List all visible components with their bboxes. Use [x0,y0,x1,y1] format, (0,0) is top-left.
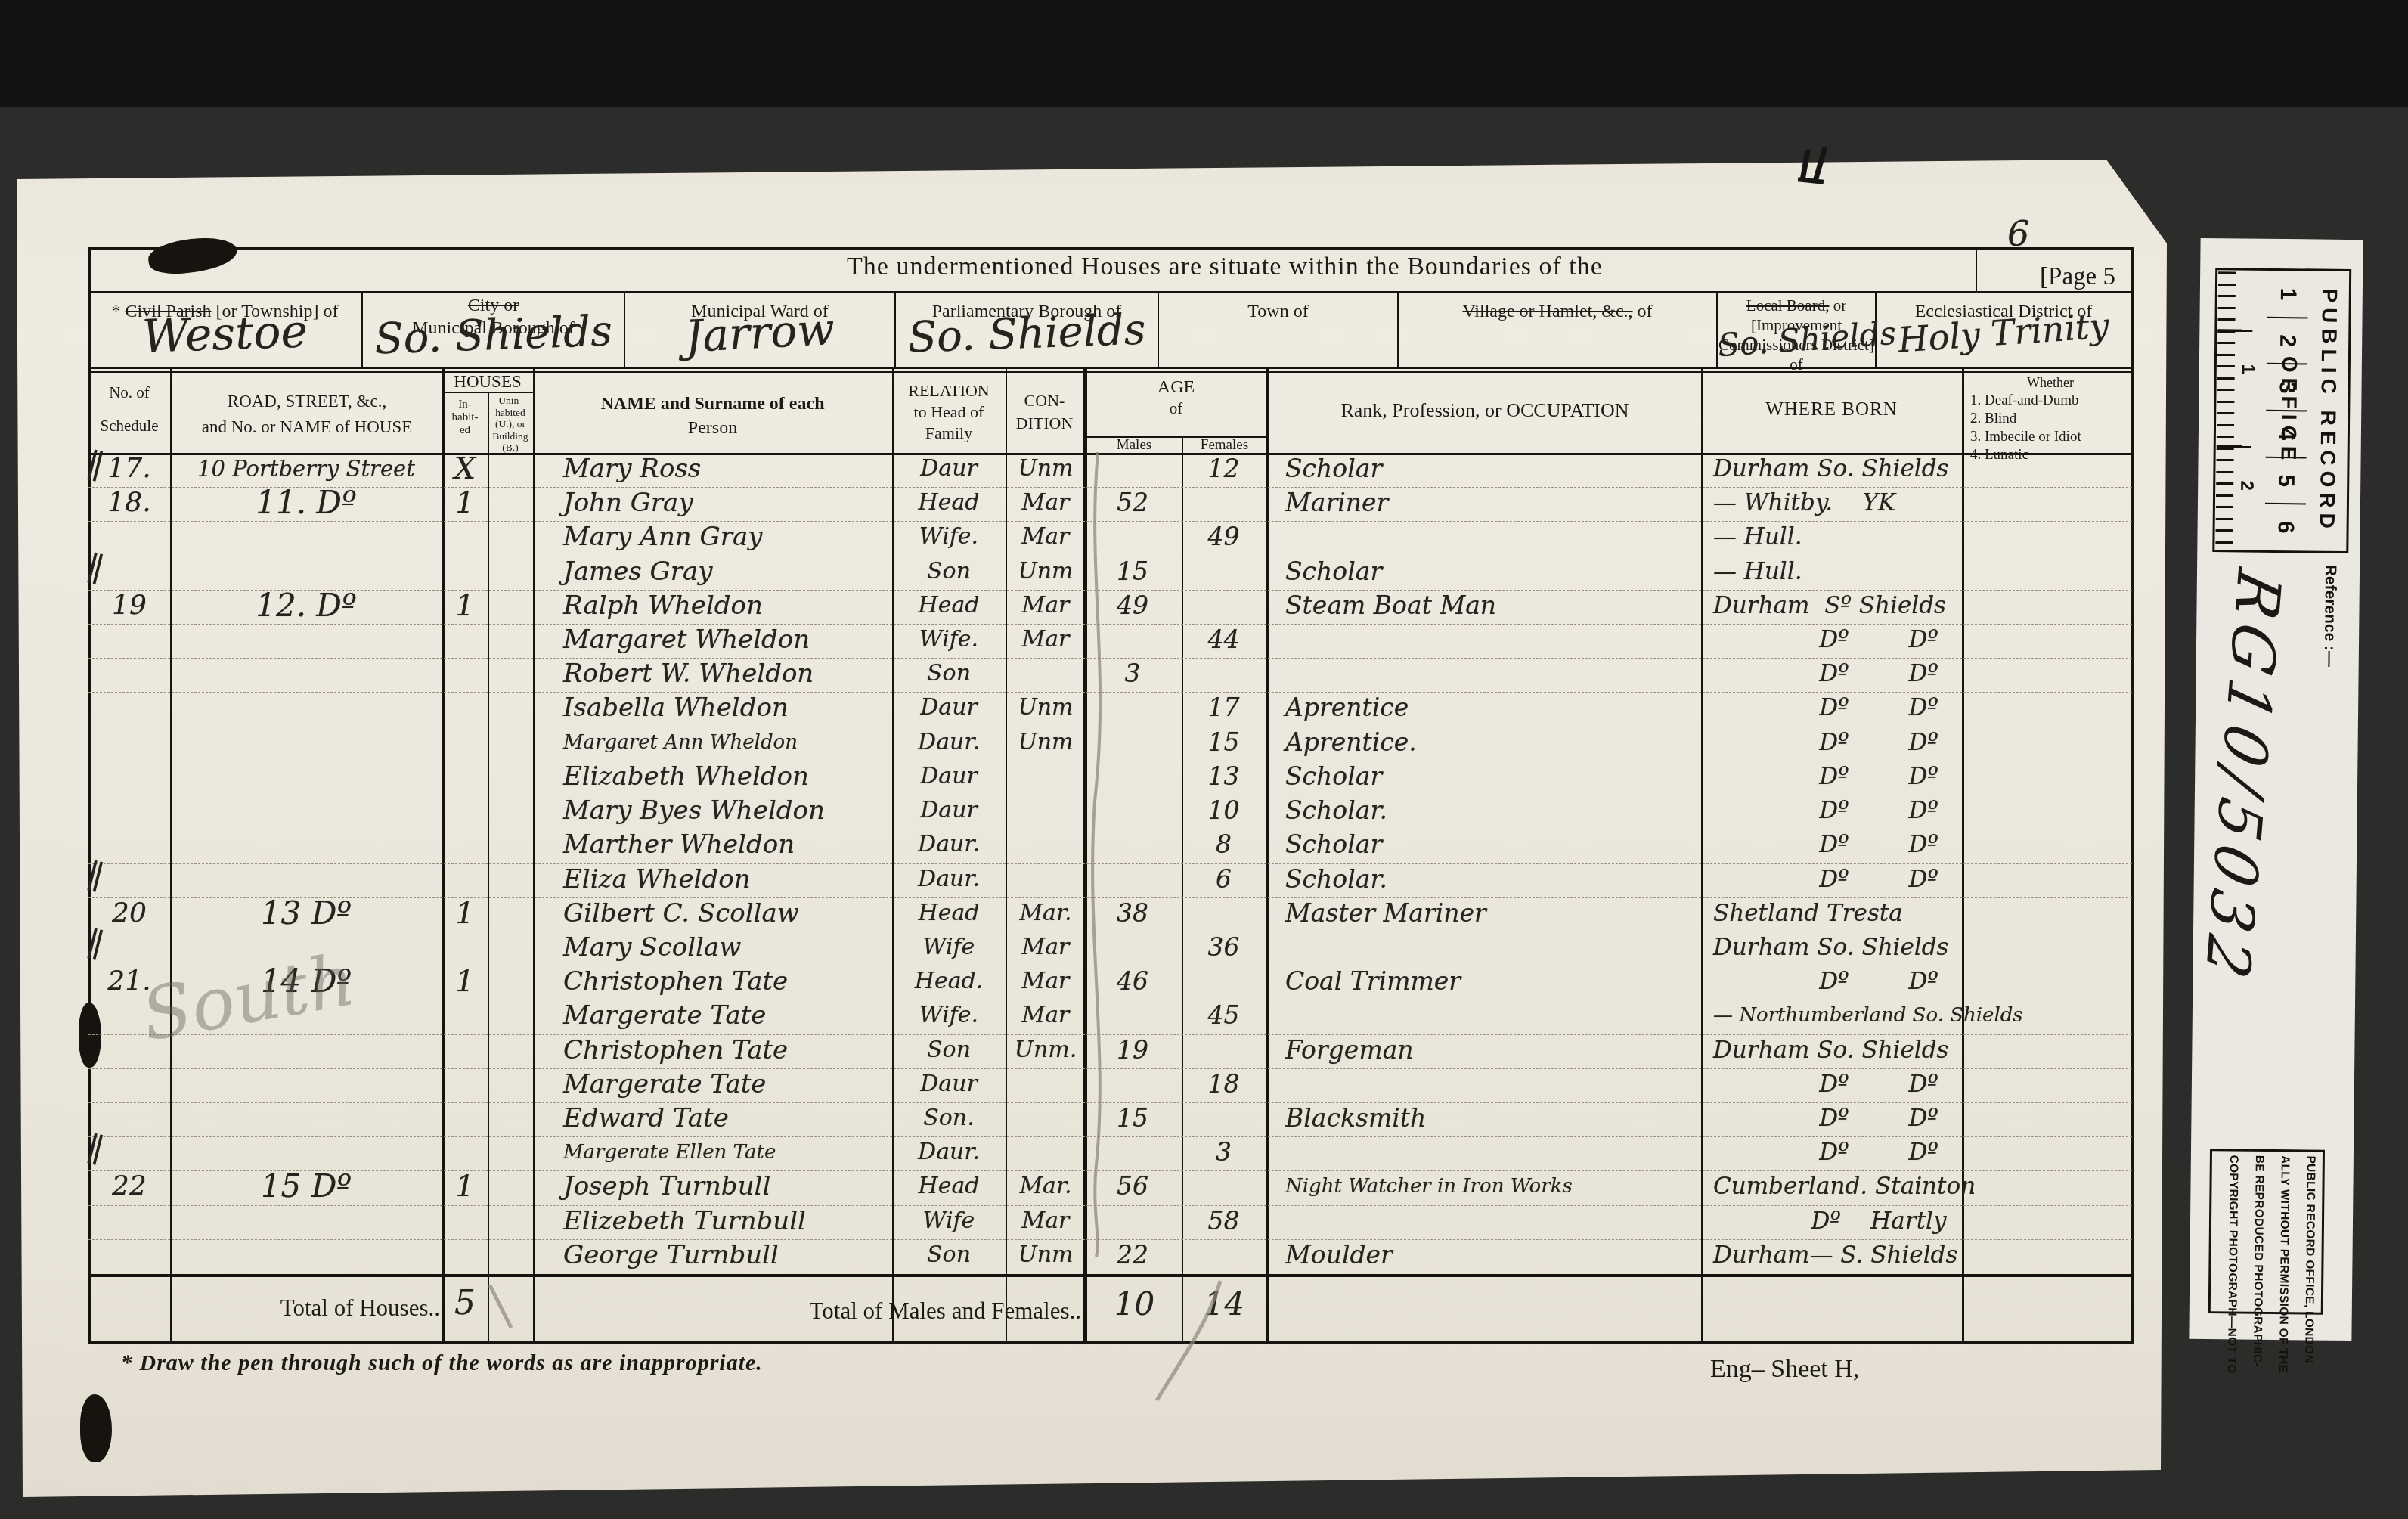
census-rows: 17. 10 Portberry Street X ∥ Mary Ross Da… [88,454,2132,1275]
schedule-number [88,519,170,553]
person-name: Margerate Tate [533,1067,892,1100]
relation-to-head: Daur [892,1067,1006,1100]
table-row: ∥ James Gray Son Unm 15 Scholar — Hull. [88,556,2132,591]
page-label-divider [1976,247,1977,291]
relation-to-head: Head [892,485,1006,519]
occupation: Aprentice. [1266,725,1701,758]
condition [1006,656,1086,690]
condition [1006,862,1086,895]
table-top-border [88,247,2134,250]
table-row: ∥ Margerate Tate Daur 18 Dº Dº [88,1069,2132,1103]
form-title: The undermentioned Houses are situate wi… [348,253,2102,281]
schedule-number [88,1238,170,1272]
header-line: 2. Blind [1970,411,2016,426]
header-line: of [1086,398,1266,419]
age-female [1182,896,1266,929]
occupation [1266,1204,1701,1237]
district-value: So. Shields [363,320,624,352]
occupation: Master Mariner [1266,896,1701,929]
header-condition: CON- DITION [1006,389,1083,435]
age-male: 19 [1083,1033,1182,1066]
condition: Mar [1006,930,1086,963]
age-female: 18 [1182,1067,1266,1100]
occupation: Forgeman [1266,1033,1701,1066]
condition: Unm [1006,554,1086,587]
houses-inhabited-mark [442,554,488,587]
schedule-number: 22 [88,1169,170,1202]
condition: Unm [1006,451,1086,485]
age-female: 49 [1182,519,1266,553]
condition: Unm [1006,1238,1086,1272]
table-row: ∥ Edward Tate Son. 15 Blacksmith Dº Dº [88,1103,2132,1137]
district-value: Westoe [88,318,362,351]
relation-to-head: Head [892,896,1006,929]
header-line: (U.), or [488,418,533,430]
occupation: Scholar [1266,554,1701,587]
occupation [1266,1067,1701,1100]
houses-inhabited-mark [442,862,488,895]
table-row: 22 15 Dº 1 ∥ Joseph Turnbull Head Mar. 5… [88,1171,2132,1205]
sheet-label: Eng– Sheet H, [1710,1355,1859,1384]
age-male: 22 [1083,1238,1182,1272]
age-female: 13 [1182,759,1266,792]
age-male [1083,519,1182,553]
age-female: 3 [1182,1135,1266,1168]
person-name: John Gray [533,485,892,519]
relation-to-head: Son [892,656,1006,690]
condition: Mar [1006,998,1086,1031]
age-male: 15 [1083,554,1182,587]
age-male [1083,1135,1182,1168]
footnote: * Draw the pen through such of the words… [121,1350,763,1376]
table-row: ∥ Eliza Wheldon Daur. 6 Scholar. Dº Dº [88,864,2132,898]
schedule-number [88,793,170,826]
houses-inhabited-mark [442,1238,488,1272]
district-local-board: Local Board, or [Improvement Commissione… [1718,291,1875,369]
person-name: Margaret Ann Wheldon [533,725,892,758]
road-street [170,827,442,860]
schedule-number [88,759,170,792]
person-name: Mary Ann Gray [533,519,892,553]
age-male [1083,451,1182,485]
table-row: ∥ Mary Scollaw Wife Mar 36 Durham So. Sh… [88,932,2132,966]
person-name: Joseph Turnbull [533,1169,892,1202]
header-inhabited: In- habit- ed [442,398,488,437]
relation-to-head: Daur. [892,827,1006,860]
occupation [1266,656,1701,690]
age-female: 58 [1182,1204,1266,1237]
relation-to-head: Son [892,1238,1006,1272]
age-female: 8 [1182,827,1266,860]
age-male: 56 [1083,1169,1182,1202]
age-male [1083,793,1182,826]
where-born: Durham So. Shields [1701,930,2124,963]
header-line: Family [892,423,1006,444]
age-female [1182,554,1266,587]
houses-inhabited-mark: 1 [442,588,488,622]
total-females-value: 14 [1183,1285,1266,1322]
condition: Mar [1006,964,1086,997]
header-age: AGE of [1086,377,1266,419]
condition [1006,827,1086,860]
header-line: Schedule [88,409,170,442]
condition: Mar [1006,622,1086,656]
age-female [1182,485,1266,519]
houses-inhabited-mark: 1 [442,964,488,997]
table-row: ∥ Elizabeth Wheldon Daur 13 Scholar Dº D… [88,761,2132,795]
header-line: Unin- [488,395,533,407]
person-name: Robert W. Wheldon [533,656,892,690]
header-line: 3. Imbecile or Idiot [1970,429,2081,445]
header-line: to Head of [892,401,1006,423]
person-name: Marther Wheldon [533,827,892,860]
district-label: Village or Hamlet, &c., of [1399,300,1716,323]
age-male [1083,690,1182,724]
person-name: Gilbert C. Scollaw [533,896,892,929]
table-row: ∥ Mary Ann Gray Wife. Mar 49 — Hull. [88,522,2132,556]
table-row: 18. 11. Dº 1 ∥ John Gray Head Mar 52 Mar… [88,488,2132,522]
age-female: 6 [1182,862,1266,895]
header-line: and No. or NAME of HOUSE [172,414,442,440]
person-name: Christophen Tate [533,964,892,997]
table-row: ∥ Margaret Wheldon Wife. Mar 44 Dº Dº [88,625,2132,659]
person-name: Margerate Ellen Tate [533,1135,892,1168]
schedule-number [88,656,170,690]
road-street [170,519,442,553]
table-row: ∥ George Turnbull Son Unm 22 Moulder Dur… [88,1240,2132,1274]
district-municipal-ward: Municipal Ward of Jarrow [625,291,894,369]
houses-inhabited-mark [442,1135,488,1168]
header-line: Building [488,430,533,442]
census-scan-page: { "colors":{"paper":"#ece7dc","ink":"#26… [0,0,2408,1519]
houses-inhabited-mark [442,827,488,860]
where-born: Cumberland. Stainton [1701,1169,2124,1202]
age-male [1083,759,1182,792]
occupation [1266,930,1701,963]
condition [1006,1135,1086,1168]
condition: Mar. [1006,896,1086,929]
header-line: habited [488,407,533,419]
houses-inhabited-mark [442,622,488,656]
age-female: 44 [1182,622,1266,656]
houses-inhabited-mark [442,998,488,1031]
person-name: Ralph Wheldon [533,588,892,622]
person-name: James Gray [533,554,892,587]
age-male: 46 [1083,964,1182,997]
table-row: ∥ Christophen Tate Son Unm. 19 Forgeman … [88,1035,2132,1069]
houses-inhabited-mark [442,656,488,690]
header-name: NAME and Surname of each Person [533,392,892,440]
relation-to-head: Head [892,1169,1006,1202]
houses-inhabited-mark [442,1204,488,1237]
where-born: Dº Dº [1701,725,2056,758]
houses-inhabited-mark [442,793,488,826]
road-street: 13 Dº [170,896,442,929]
relation-to-head: Wife. [892,622,1006,656]
schedule-number [88,725,170,758]
schedule-number [88,1033,170,1066]
page-label: [Page 5 [1920,263,2115,291]
age-female: 15 [1182,725,1266,758]
age-female [1182,1101,1266,1134]
houses-inhabited-mark: X [442,451,488,485]
where-born: Dº Dº [1701,827,2056,860]
where-born: Shetland Tresta [1701,896,2124,929]
pro-office-title: PUBLIC RECORD OFFICE [2307,271,2349,550]
copyright-line-3: ALLY WITHOUT PERMISSION OF THE [2271,1155,2297,1310]
table-row: 17. 10 Portberry Street X ∥ Mary Ross Da… [88,454,2132,488]
where-born: Dº Dº [1701,1135,2056,1168]
relation-to-head: Son. [892,1101,1006,1134]
occupation: Scholar. [1266,862,1701,895]
table-row: ∥ Margerate Tate Wife. Mar 45 — Northumb… [88,1000,2132,1034]
houses-inhabited-mark [442,1033,488,1066]
condition [1006,793,1086,826]
header-line: In- [442,398,488,411]
person-name: Mary Byes Wheldon [533,793,892,826]
where-born: Durham Sº Shields [1701,588,2124,622]
age-male [1083,998,1182,1031]
road-street [170,1238,442,1272]
condition [1006,1101,1086,1134]
where-born: — Hull. [1701,554,2124,587]
where-born: Dº Dº [1701,793,2056,826]
schedule-number [88,827,170,860]
district-ecclesiastical: Ecclesiastical District of Holy Trinity [1877,291,2131,369]
relation-to-head: Daur. [892,1135,1006,1168]
reference-label: Reference :— [2317,565,2339,686]
relation-to-head: Daur. [892,862,1006,895]
header-line: No. of [88,376,170,409]
header-line: NAME and Surname of each [533,392,892,416]
district-label: Town of [1159,300,1397,323]
age-male [1083,1067,1182,1100]
district-civil-parish: * Civil Parish [or Township] of Westoe [88,291,361,369]
relation-to-head: Daur [892,690,1006,724]
ruler-cell-1: 1 [2267,271,2309,318]
schedule-number [88,1204,170,1237]
ruler-inch-label-2: 2 [2236,480,2257,491]
road-street [170,656,442,690]
road-street [170,1204,442,1237]
houses-inhabited-mark: 1 [442,485,488,519]
where-born: Durham— S. Shields [1701,1238,2124,1272]
condition: Unm [1006,690,1086,724]
schedule-number: 20 [88,896,170,929]
road-street: 15 Dº [170,1169,442,1202]
photo-background-top [0,0,2408,107]
table-row: ∥ Marther Wheldon Daur. 8 Scholar Dº Dº [88,829,2132,863]
road-street [170,1067,442,1100]
road-street [170,622,442,656]
condition: Mar [1006,519,1086,553]
header-houses: HOUSES [442,372,533,392]
where-born: — Hull. [1701,519,2124,553]
person-name: George Turnbull [533,1238,892,1272]
pencil-scribble: South [140,963,356,1033]
schedule-number [88,622,170,656]
age-female [1182,1169,1266,1202]
schedule-number [88,1101,170,1134]
ink-blot-left-bottom [80,1394,112,1462]
condition: Mar [1006,485,1086,519]
where-born: Durham So. Shields [1701,451,2124,485]
table-row: 21. 14 Dº 1 ∥ Christophen Tate Head. Mar… [88,966,2132,1000]
person-name: Eliza Wheldon [533,862,892,895]
schedule-number: 18. [88,485,170,519]
where-born: Dº Dº [1701,862,2056,895]
total-males-value: 10 [1087,1285,1182,1322]
age-female: 36 [1182,930,1266,963]
where-born: Dº Dº [1701,1101,2056,1134]
age-male [1083,1204,1182,1237]
where-born: Durham So. Shields [1701,1033,2124,1066]
person-name: Elizabeth Wheldon [533,759,892,792]
table-row: ∥ Isabella Wheldon Daur Unm 17 Aprentice… [88,693,2132,727]
table-bottom-border [88,1341,2134,1344]
relation-to-head: Wife [892,930,1006,963]
condition: Unm. [1006,1033,1086,1066]
where-born: Dº Dº [1701,622,2056,656]
person-name: Isabella Wheldon [533,690,892,724]
schedule-number: 19 [88,588,170,622]
condition: Mar. [1006,1169,1086,1202]
where-born: Dº Dº [1701,656,2056,690]
ruler-ticks-long [2215,329,2252,548]
relation-to-head: Wife. [892,519,1006,553]
occupation [1266,519,1701,553]
relation-to-head: Wife [892,1204,1006,1237]
road-street [170,793,442,826]
person-name: Mary Ross [533,451,892,485]
person-name: Christophen Tate [533,1033,892,1066]
header-line: habit- [442,411,488,424]
total-houses-label: Total of Houses.. [197,1294,440,1322]
road-street: 11. Dº [170,485,442,519]
ruler-cell-6: 6 [2264,504,2306,550]
condition: Mar [1006,588,1086,622]
road-street [170,1033,442,1066]
age-male: 52 [1083,485,1182,519]
occupation: Coal Trimmer [1266,964,1701,997]
age-male [1083,622,1182,656]
age-female: 45 [1182,998,1266,1031]
age-male: 15 [1083,1101,1182,1134]
where-born: Dº Dº [1701,690,2056,724]
where-born: Dº Hartly [1701,1204,2056,1237]
relation-to-head: Daur [892,451,1006,485]
header-line: RELATION [892,380,1006,401]
table-row: ∥ Mary Byes Wheldon Daur 10 Scholar. Dº … [88,795,2132,829]
road-street [170,554,442,587]
houses-inhabited-mark [442,690,488,724]
age-male [1083,725,1182,758]
district-parliamentary-borough: Parliamentary Borough of So. Shields [896,291,1158,369]
relation-to-head: Head. [892,964,1006,997]
header-line: (B.) [488,442,533,454]
reference-number: RG10/5032 [2170,560,2294,1108]
occupation [1266,1135,1701,1168]
header-line: 1. Deaf-and-Dumb [1970,392,2079,408]
header-line: AGE [1086,377,1266,398]
person-name: Mary Scollaw [533,930,892,963]
road-street [170,862,442,895]
person-name: Elizebeth Turnbull [533,1204,892,1237]
occupation [1266,998,1701,1031]
road-street [170,759,442,792]
district-municipal-borough: City or Municipal Borough of So. Shields [363,291,624,369]
age-male [1083,930,1182,963]
condition [1006,759,1086,792]
age-female [1182,1238,1266,1272]
age-male: 3 [1083,656,1182,690]
houses-inhabited-mark [442,519,488,553]
header-schedule: No. of Schedule [88,376,170,442]
district-value: So. Shields [1717,325,1875,355]
road-street [170,690,442,724]
relation-to-head: Wife. [892,998,1006,1031]
copyright-line-2: BE REPRODUCED PHOTOGRAPHIC- [2245,1155,2271,1310]
road-street [170,1101,442,1134]
header-line: Whether [1970,374,2131,392]
condition [1006,1067,1086,1100]
houses-inhabited-mark [442,930,488,963]
road-street [170,1135,442,1168]
district-town: Town of [1159,291,1397,369]
age-female [1182,588,1266,622]
relation-to-head: Daur. [892,725,1006,758]
road-street: 10 Portberry Street [170,451,442,485]
header-line: Person [533,416,892,440]
header-line: CON- [1006,389,1083,412]
header-line: ed [442,424,488,437]
table-row: ∥ Elizebeth Turnbull Wife Mar 58 Dº Hart… [88,1206,2132,1240]
person-name: Margerate Tate [533,998,892,1031]
age-female [1182,656,1266,690]
age-male: 38 [1083,896,1182,929]
occupation: Scholar [1266,451,1701,485]
total-houses-value: 5 [442,1284,488,1322]
age-female: 10 [1182,793,1266,826]
occupation: Scholar. [1266,793,1701,826]
person-name: Margaret Wheldon [533,622,892,656]
age-female: 12 [1182,451,1266,485]
district-value: Holy Trinity [1876,312,2131,352]
person-name: Edward Tate [533,1101,892,1134]
occupation: Mariner [1266,485,1701,519]
ruler-inch-label-1: 1 [2237,364,2258,374]
houses-inhabited-mark [442,725,488,758]
schedule-number [88,690,170,724]
pro-stamp-strip: 1 2 1 2 3 4 5 6 PUBLIC RECORD OFFICE Ref… [2189,238,2363,1341]
occupation: Night Watcher in Iron Works [1266,1169,1701,1202]
road-street [170,725,442,758]
occupation: Moulder [1266,1238,1701,1272]
occupation [1266,622,1701,656]
copyright-line-4: PUBLIC RECORD OFFICE, LONDON [2297,1155,2323,1310]
occupation: Scholar [1266,759,1701,792]
occupation: Steam Boat Man [1266,588,1701,622]
relation-to-head: Son [892,1033,1006,1066]
road-street: 12. Dº [170,588,442,622]
relation-to-head: Son [892,554,1006,587]
table-row: ∥ Margerate Ellen Tate Daur. 3 Dº Dº [88,1137,2132,1171]
header-disability: Whether 1. Deaf-and-Dumb 2. Blind 3. Imb… [1964,374,2131,464]
age-male [1083,862,1182,895]
header-born: WHERE BORN [1701,399,1962,420]
houses-inhabited-mark: 1 [442,1169,488,1202]
houses-inhabited-mark [442,1067,488,1100]
